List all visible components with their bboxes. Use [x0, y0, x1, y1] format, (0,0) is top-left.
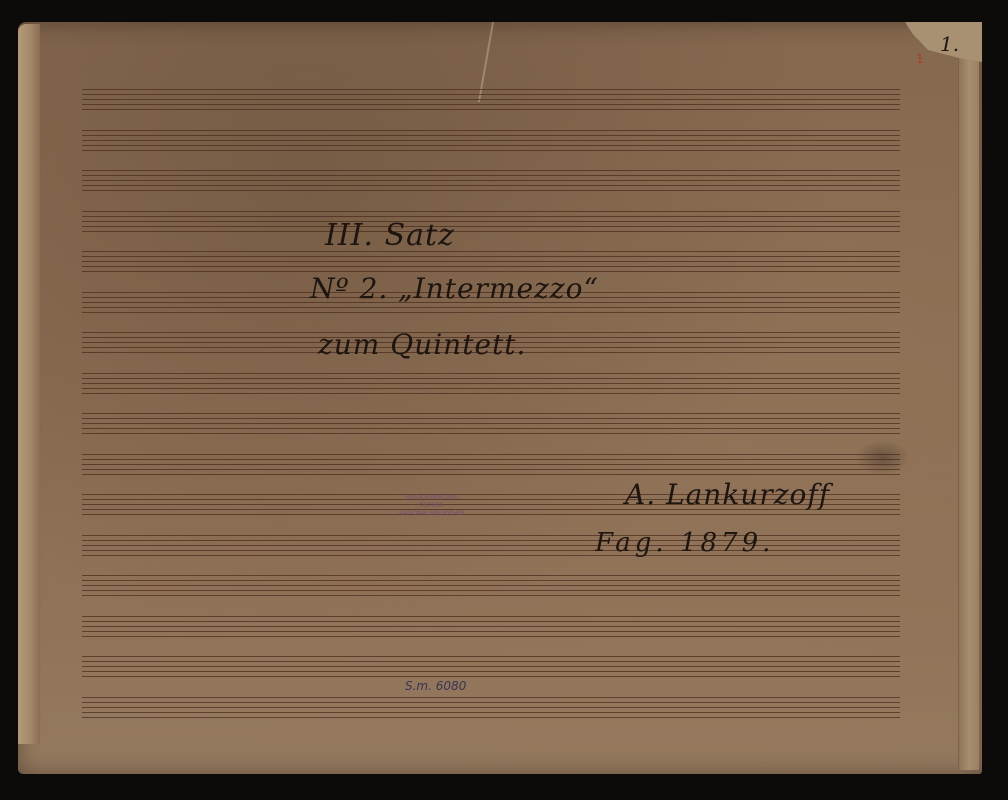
- music-staff: [82, 656, 900, 677]
- staff-line: [82, 307, 900, 308]
- staff-line: [82, 388, 900, 389]
- staff-line: [82, 175, 900, 176]
- composition-date: Fag. 1879.: [595, 528, 774, 558]
- page-number: 1.: [940, 32, 959, 56]
- music-staff: [82, 89, 900, 110]
- staff-line: [82, 433, 900, 434]
- staff-line: [82, 216, 900, 217]
- music-staff: [82, 616, 900, 637]
- staff-line: [82, 540, 900, 541]
- staff-line: [82, 190, 900, 191]
- music-staff: [82, 454, 900, 475]
- music-staff: [82, 211, 900, 232]
- staff-line: [82, 585, 900, 586]
- staff-line: [82, 251, 900, 252]
- staff-line: [82, 109, 900, 110]
- staff-line: [82, 707, 900, 708]
- staff-line: [82, 378, 900, 379]
- music-staff: [82, 373, 900, 394]
- music-staff: [82, 697, 900, 718]
- music-staff: [82, 251, 900, 272]
- staff-line: [82, 666, 900, 667]
- staff-line: [82, 226, 900, 227]
- staff-line: [82, 256, 900, 257]
- staff-line: [82, 145, 900, 146]
- staff-line: [82, 717, 900, 718]
- staff-line: [82, 89, 900, 90]
- title-work: zum Quintett.: [318, 328, 526, 361]
- stamp-line: MUSIKSAMMLUNG: [392, 494, 472, 502]
- title-movement: III. Satz: [325, 218, 455, 253]
- folio-number: 1: [916, 52, 924, 66]
- staff-line: [82, 94, 900, 95]
- music-staff: [82, 575, 900, 596]
- library-stamp: MUSIKSAMMLUNG ÖSTERR. NATIONALBIBLIOTHEK: [392, 494, 472, 518]
- manuscript-viewer: III. Satz Nº 2. „Intermezzo“ zum Quintet…: [0, 0, 1008, 800]
- staff-line: [82, 104, 900, 105]
- staff-line: [82, 555, 900, 556]
- stamp-line: NATIONALBIBLIOTHEK: [392, 510, 472, 518]
- staff-line: [82, 130, 900, 131]
- staff-line: [82, 676, 900, 677]
- composer-signature: A. Lankurzoff: [625, 478, 830, 511]
- title-piece: Nº 2. „Intermezzo“: [310, 272, 599, 305]
- staff-line: [82, 656, 900, 657]
- staff-line: [82, 266, 900, 267]
- staff-line: [82, 671, 900, 672]
- staff-line: [82, 135, 900, 136]
- staff-line: [82, 413, 900, 414]
- staff-line: [82, 185, 900, 186]
- staff-line: [82, 211, 900, 212]
- staff-line: [82, 550, 900, 551]
- staff-line: [82, 474, 900, 475]
- stamp-line: ÖSTERR.: [392, 502, 472, 510]
- staff-line: [82, 545, 900, 546]
- staff-line: [82, 418, 900, 419]
- staff-line: [82, 595, 900, 596]
- staff-line: [82, 514, 900, 515]
- staff-line: [82, 580, 900, 581]
- staff-line: [82, 535, 900, 536]
- staff-line: [82, 428, 900, 429]
- music-staff: [82, 170, 900, 191]
- staff-line: [82, 661, 900, 662]
- staff-line: [82, 150, 900, 151]
- staff-line: [82, 99, 900, 100]
- staff-line: [82, 459, 900, 460]
- staff-line: [82, 231, 900, 232]
- staff-line: [82, 170, 900, 171]
- music-staff: [82, 130, 900, 151]
- staff-line: [82, 697, 900, 698]
- staff-line: [82, 221, 900, 222]
- staff-line: [82, 626, 900, 627]
- staff-line: [82, 702, 900, 703]
- left-page-fold: [18, 24, 40, 744]
- staff-line: [82, 621, 900, 622]
- staff-line: [82, 712, 900, 713]
- shelfmark: S.m. 6080: [405, 679, 466, 693]
- staff-line: [82, 140, 900, 141]
- staff-line: [82, 393, 900, 394]
- staff-line: [82, 383, 900, 384]
- staff-line: [82, 469, 900, 470]
- staff-line: [82, 636, 900, 637]
- staff-line: [82, 616, 900, 617]
- staff-line: [82, 454, 900, 455]
- staff-line: [82, 312, 900, 313]
- staff-line: [82, 261, 900, 262]
- staff-line: [82, 423, 900, 424]
- right-page-fold: [958, 30, 979, 770]
- staff-line: [82, 180, 900, 181]
- staff-line: [82, 631, 900, 632]
- music-staff: [82, 535, 900, 556]
- staff-line: [82, 373, 900, 374]
- staff-line: [82, 590, 900, 591]
- staff-line: [82, 464, 900, 465]
- staff-line: [82, 575, 900, 576]
- music-staff: [82, 413, 900, 434]
